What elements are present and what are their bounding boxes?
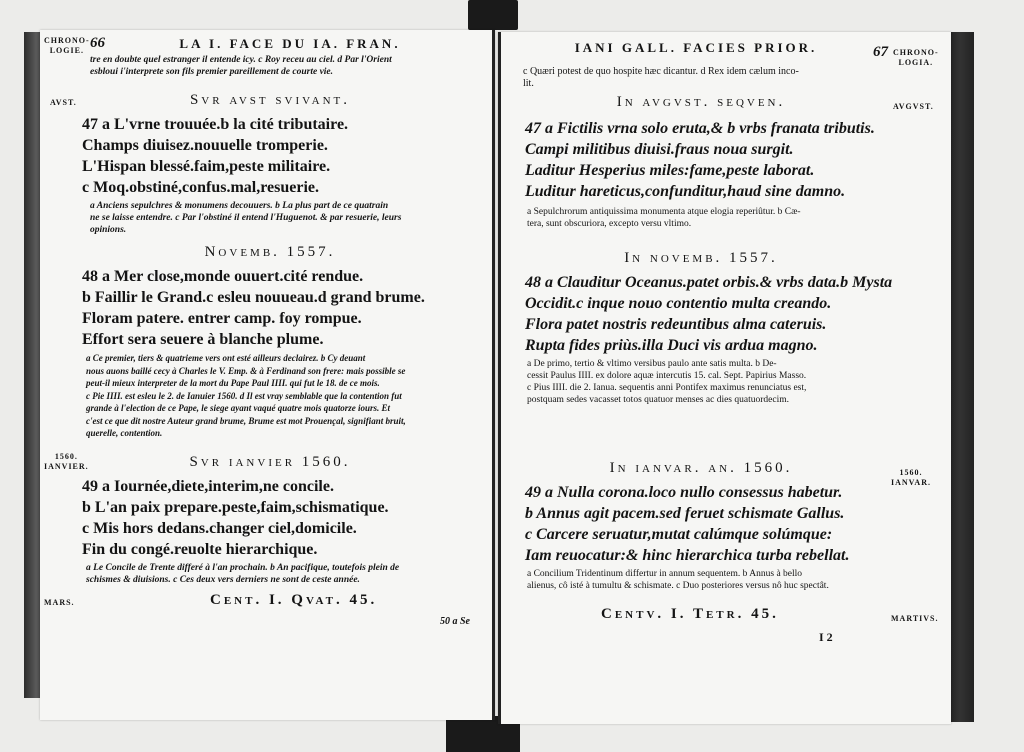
notes-47: a Sepulchrorum antiquissima monumenta at… xyxy=(527,206,907,230)
verse-line: 48 a Mer close,monde ouuert.cité rendue. xyxy=(82,266,425,287)
verse-line: 49 a Nulla corona.loco nullo consessus h… xyxy=(525,482,849,503)
margin-augst: Avgvst. xyxy=(893,102,934,112)
notes-48: a Ce premier, tiers & quatrieme vers ont… xyxy=(86,352,490,440)
notes-49: a Le Concile de Trente differé à l'an pr… xyxy=(86,562,490,586)
verse-line: b Faillir le Grand.c esleu nouueau.d gra… xyxy=(82,287,425,308)
signature-mark: I 2 xyxy=(819,630,833,645)
verse-line: Fin du congé.reuolte hierarchique. xyxy=(82,539,389,560)
top-notes: tre en doubte quel estranger il entende … xyxy=(90,54,490,78)
quatrain-48: 48 a Clauditur Oceanus.patet orbis.& vrb… xyxy=(525,272,892,356)
note-line: lit. xyxy=(523,78,893,90)
notes-47: a Anciens sepulchres & monumens decouuer… xyxy=(90,200,490,236)
margin-1560: 1560. Ianvar. xyxy=(891,468,931,488)
verse-line: c Moq.obstiné,confus.mal,resuerie. xyxy=(82,177,348,198)
verse-line: 48 a Clauditur Oceanus.patet orbis.& vrb… xyxy=(525,272,892,293)
note-line: a Le Concile de Trente differé à l'an pr… xyxy=(86,562,490,574)
margin-aust: Avst. xyxy=(50,98,77,108)
catchword: Centv. I. Tetr. 45. xyxy=(601,606,779,623)
margin-chronologie: Chrono- logie. xyxy=(44,36,90,56)
note-line: c Pius IIII. die 2. Ianua. sequentis ann… xyxy=(527,382,927,394)
note-line: esbloui i'interprete son fils premier pa… xyxy=(90,66,490,78)
verse-line: b Annus agit pacem.sed feruet schismate … xyxy=(525,503,849,524)
quatrain-49: 49 a Nulla corona.loco nullo consessus h… xyxy=(525,482,849,566)
note-line: a Concilium Tridentinum differtur in ann… xyxy=(527,568,927,580)
note-line: a Anciens sepulchres & monumens decouuer… xyxy=(90,200,490,212)
running-head: La I. face du Ia. Fran. xyxy=(140,36,440,52)
note-line: schismes & diuisions. c Ces deux vers de… xyxy=(86,574,490,586)
catchword: Cent. I. Qvat. 45. xyxy=(210,592,377,609)
running-head: Iani Gall. facies prior. xyxy=(561,40,831,56)
verse-line: Iam reuocatur:& hinc hierarchica turba r… xyxy=(525,545,849,566)
note-line: peut-il mieux interpreter de la mort du … xyxy=(86,377,490,390)
signature-mark: 50 a Se xyxy=(440,616,470,627)
verse-line: Laditur Hesperius miles:fame,peste labor… xyxy=(525,160,875,181)
left-page: Chrono- logie. 66 La I. face du Ia. Fran… xyxy=(40,30,495,720)
margin-chronologia: Chrono- logia. xyxy=(893,48,939,68)
margin-martius: Martivs. xyxy=(891,614,939,624)
verse-line: Rupta fides priùs.illa Duci vis ardua ma… xyxy=(525,335,892,356)
verse-line: 47 a Fictilis vrna solo eruta,& b vrbs f… xyxy=(525,118,875,139)
quatrain-48: 48 a Mer close,monde ouuert.cité rendue.… xyxy=(82,266,425,350)
page-number: 67 xyxy=(873,44,888,61)
verse-line: b L'an paix prepare.peste,faim,schismati… xyxy=(82,497,389,518)
notes-48: a De primo, tertio & vltimo versibus pau… xyxy=(527,358,927,406)
book-spine-top xyxy=(468,0,518,30)
note-line: querelle, contention. xyxy=(86,427,490,440)
section-title-novemb: Novemb. 1557. xyxy=(100,244,440,261)
page-number: 66 xyxy=(90,35,105,52)
note-line: ne se laisse entendre. c Par l'obstiné i… xyxy=(90,212,490,224)
section-title-august: In avgvst. seqven. xyxy=(551,94,851,111)
note-line: postquam sedes vacasset totos quatuor me… xyxy=(527,394,927,406)
top-notes: c Quæri potest de quo hospite hæc dicant… xyxy=(523,66,893,90)
section-title-novemb: In novemb. 1557. xyxy=(551,250,851,267)
verse-line: c Carcere seruatur,mutat calúmque solúmq… xyxy=(525,524,849,545)
verse-line: Campi militibus diuisi.fraus noua surgit… xyxy=(525,139,875,160)
right-page: Iani Gall. facies prior. 67 Chrono- logi… xyxy=(498,32,951,724)
note-line: a Ce premier, tiers & quatrieme vers ont… xyxy=(86,352,490,365)
note-line: cessit Paulus IIII. ex dolore aquæ inter… xyxy=(527,370,927,382)
margin-mars: Mars. xyxy=(44,598,75,608)
section-title-ianvier: Svr ianvier 1560. xyxy=(100,454,440,471)
margin-1560: 1560. Ianvier. xyxy=(44,452,89,472)
quatrain-47: 47 a L'vrne trouuée.b la cité tributaire… xyxy=(82,114,348,198)
section-title-ianvar: In ianvar. an. 1560. xyxy=(551,460,851,477)
verse-line: c Mis hors dedans.changer ciel,domicile. xyxy=(82,518,389,539)
verse-line: Luditur hareticus,confunditur,haud sine … xyxy=(525,181,875,202)
verse-line: L'Hispan blessé.faim,peste militaire. xyxy=(82,156,348,177)
quatrain-47: 47 a Fictilis vrna solo eruta,& b vrbs f… xyxy=(525,118,875,202)
note-line: tera, sunt obscuriora, excepto versu vlt… xyxy=(527,218,907,230)
note-line: a Sepulchrorum antiquissima monumenta at… xyxy=(527,206,907,218)
section-title-aust: Svr avst svivant. xyxy=(100,92,440,109)
verse-line: Flora patet nostris redeuntibus alma cat… xyxy=(525,314,892,335)
note-line: nous auons baillé cecy à Charles le V. E… xyxy=(86,365,490,378)
verse-line: Champs diuisez.nouuelle tromperie. xyxy=(82,135,348,156)
note-line: c'est ce que dit nostre Auteur grand bru… xyxy=(86,415,490,428)
note-line: alienus, cô isté à tumultu & schismate. … xyxy=(527,580,927,592)
quatrain-49: 49 a Iournée,diete,interim,ne concile. b… xyxy=(82,476,389,560)
note-line: opinions. xyxy=(90,224,490,236)
verse-line: 49 a Iournée,diete,interim,ne concile. xyxy=(82,476,389,497)
note-line: tre en doubte quel estranger il entende … xyxy=(90,54,490,66)
notes-49: a Concilium Tridentinum differtur in ann… xyxy=(527,568,927,592)
note-line: c Quæri potest de quo hospite hæc dicant… xyxy=(523,66,893,78)
note-line: a De primo, tertio & vltimo versibus pau… xyxy=(527,358,927,370)
verse-line: Effort sera seuere à blanche plume. xyxy=(82,329,425,350)
verse-line: Floram patere. entrer camp. foy rompue. xyxy=(82,308,425,329)
note-line: c Pie IIII. est esleu le 2. de Ianuier 1… xyxy=(86,390,490,403)
verse-line: Occidit.c inque nouo contentio multa cre… xyxy=(525,293,892,314)
note-line: grande à l'election de ce Pape, le siege… xyxy=(86,402,490,415)
verse-line: 47 a L'vrne trouuée.b la cité tributaire… xyxy=(82,114,348,135)
